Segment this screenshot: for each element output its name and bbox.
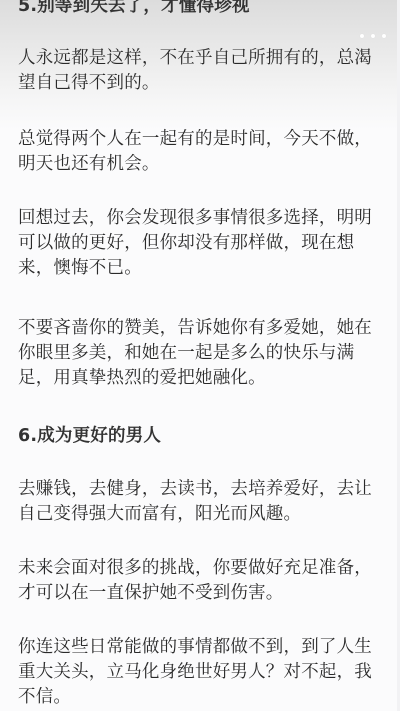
- more-horizontal-icon: [360, 34, 364, 38]
- paragraph-line: 不要吝啬你的赞美，告诉她你有多爱她，她在: [18, 316, 390, 341]
- more-options-button[interactable]: [360, 30, 386, 42]
- heading-text: 5.别等到失去了，才懂得珍视: [18, 0, 390, 19]
- paragraph: 未来会面对很多的挑战，你要做好充足准备， 才可以在一直保护她不受到伤害。: [18, 556, 390, 606]
- paragraph: 不要吝啬你的赞美，告诉她你有多爱她，她在 你眼里多美，和她在一起是多么的快乐与满…: [18, 316, 390, 391]
- paragraph-line: 去赚钱，去健身，去读书，去培养爱好，去让: [18, 477, 390, 502]
- more-horizontal-icon: [382, 34, 386, 38]
- paragraph-line: 可以做的更好，但你却没有那样做，现在想: [18, 231, 390, 256]
- paragraph-line: 总觉得两个人在一起有的是时间，今天不做，: [18, 127, 390, 152]
- paragraph-line: 才可以在一直保护她不受到伤害。: [18, 581, 390, 606]
- paragraph-line: 足，用真挚热烈的爱把她融化。: [18, 366, 390, 391]
- paragraph-line: 来，懊悔不已。: [18, 256, 390, 281]
- paragraph-line: 自己变得强大而富有，阳光而风趣。: [18, 502, 390, 527]
- section-heading: 6.成为更好的男人: [18, 424, 390, 449]
- paragraph: 去赚钱，去健身，去读书，去培养爱好，去让 自己变得强大而富有，阳光而风趣。: [18, 477, 390, 527]
- paragraph-line: 重大关头，立马化身绝世好男人？对不起，我: [18, 660, 390, 685]
- paragraph-line: 不信。: [18, 685, 390, 710]
- section-heading: 5.别等到失去了，才懂得珍视: [18, 0, 390, 19]
- paragraph-line: 回想过去，你会发现很多事情很多选择，明明: [18, 206, 390, 231]
- paragraph: 人永远都是这样，不在乎自己所拥有的，总渴 望自己得不到的。: [18, 46, 390, 96]
- paragraph-line: 你连这些日常能做的事情都做不到，到了人生: [18, 635, 390, 660]
- paragraph-line: 未来会面对很多的挑战，你要做好充足准备，: [18, 556, 390, 581]
- more-horizontal-icon: [371, 34, 375, 38]
- paragraph-line: 人永远都是这样，不在乎自己所拥有的，总渴: [18, 46, 390, 71]
- paragraph-line: 望自己得不到的。: [18, 71, 390, 96]
- heading-text: 6.成为更好的男人: [18, 424, 390, 449]
- paragraph-line: 明天也还有机会。: [18, 152, 390, 177]
- paragraph: 回想过去，你会发现很多事情很多选择，明明 可以做的更好，但你却没有那样做，现在想…: [18, 206, 390, 281]
- paragraph: 你连这些日常能做的事情都做不到，到了人生 重大关头，立马化身绝世好男人？对不起，…: [18, 635, 390, 710]
- paragraph-line: 你眼里多美，和她在一起是多么的快乐与满: [18, 341, 390, 366]
- paragraph: 总觉得两个人在一起有的是时间，今天不做， 明天也还有机会。: [18, 127, 390, 177]
